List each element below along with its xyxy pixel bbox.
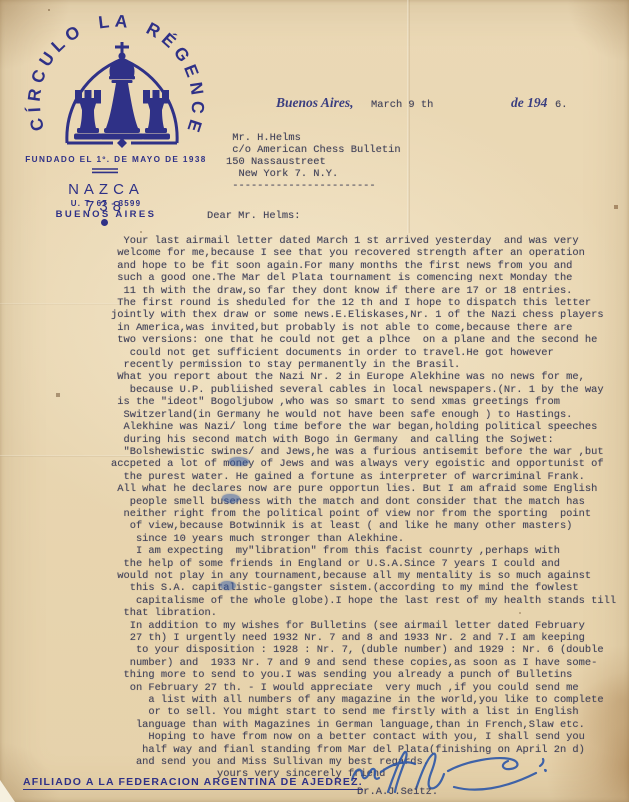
letter-line: such a good one.The Mar del Plata tourna… (111, 272, 616, 284)
letter-line: two versions: one that he could not get … (111, 334, 616, 346)
ink-correction-business (222, 494, 240, 503)
founded-underline (92, 169, 118, 172)
king-piece (100, 42, 144, 140)
paper-crease-horizontal-2 (0, 303, 120, 305)
letter-line: in America,was invited,but probably is n… (111, 322, 616, 334)
printed-city: Buenos Aires, (276, 95, 354, 111)
letter-line: The first round is sheduled for the 12 t… (111, 297, 616, 309)
letter-line: since 10 years much stronger than Alekhi… (111, 533, 616, 545)
paper-crease-vertical (407, 0, 410, 233)
letter-line: What you report about the Nazi Nr. 2 in … (111, 371, 616, 383)
letter-line: number) and 1933 Nr. 7 and 9 and send th… (111, 657, 616, 669)
ink-correction-capitalistic (220, 581, 236, 590)
chess-club-emblem: CÍRCULO LA RÉGENCE (10, 6, 225, 181)
letter-line: 11 th with the draw,so far they dont kno… (111, 285, 616, 297)
salutation: Dear Mr. Helms: (207, 210, 301, 222)
letter-line: on February 27 th. - I would appreciate … (111, 682, 616, 694)
letter-line: Hoping to have from now on a better cont… (111, 731, 616, 743)
typed-signature-name: Dr.A.J.Seitz. (357, 786, 438, 798)
letter-line: 27 th) I urgently need 1932 Nr. 7 and 8 … (111, 632, 616, 644)
letter-line: jointly with thex draw or some news.E.El… (111, 309, 616, 321)
letter-line: Switzerland(in Germany he would not have… (111, 409, 616, 421)
letter-line: welcome for me,because I see that you re… (111, 247, 616, 259)
letter-line: the purest water. He gained a fortune as… (111, 471, 616, 483)
letter-line: 150 Nassaustreet (226, 156, 401, 168)
letter-line: this S.A. capitalistic-gangster sistem.(… (111, 582, 616, 594)
paper-specks (0, 0, 2, 2)
letter-body: Your last airmail letter dated March 1 s… (111, 235, 616, 781)
paper-corner-chip (0, 780, 15, 802)
letter-line: c/o American Chess Bulletin (226, 144, 401, 156)
letter-line: Mr. H.Helms (226, 132, 401, 144)
letter-line: ----------------------- (226, 180, 401, 192)
letter-page: CÍRCULO LA RÉGENCE (0, 0, 629, 802)
letter-line: In addition to my wishes for Bulletins (… (111, 620, 616, 632)
letter-line: or to sell. You might start to send me f… (111, 706, 616, 718)
club-phone: U. T. 67 - 3599 (46, 199, 166, 208)
letter-line: Alekhine was Nazi/ long time before the … (111, 421, 616, 433)
letter-line: All what he declares now are pure opport… (111, 483, 616, 495)
letter-line: Your last airmail letter dated March 1 s… (111, 235, 616, 247)
letter-line: recently permission to stay permanently … (111, 359, 616, 371)
letter-line: "Bolshewistic swines/ and Jews,he was a … (111, 446, 616, 458)
letter-line: because U.P. publiished several cables i… (111, 384, 616, 396)
letter-line: is the "ideot" Bogoljubow ,who was so sm… (111, 396, 616, 408)
letter-line: accpeted a lot of money of Jews and was … (111, 458, 616, 470)
rook-piece-left (74, 90, 102, 140)
letter-line: would not play in any tournament,because… (111, 570, 616, 582)
rook-piece-right (142, 90, 170, 140)
letter-line: language than with Magazines in German l… (111, 719, 616, 731)
letter-line: a list with all numbers of any magazine … (111, 694, 616, 706)
letter-line: I am expecting my"libration" from this f… (111, 545, 616, 557)
printed-year-prefix: de 194 (511, 95, 547, 111)
typed-year-suffix: 6. (555, 99, 567, 111)
letterhead-dot (101, 219, 108, 226)
letterhead-footer: AFILIADO A LA FEDERACION ARGENTINA DE AJ… (23, 776, 363, 790)
recipient-address: Mr. H.Helms c/o American Chess Bulletin1… (226, 132, 401, 192)
letter-line: could not get sufficient documents in or… (111, 347, 616, 359)
letter-line: and hope to be fit soon again.For many m… (111, 260, 616, 272)
letter-line: capitalisme of the whole globe).I hope t… (111, 595, 616, 607)
letter-line: to your disposition : 1928 : Nr. 7, (dub… (111, 644, 616, 656)
letter-line: during his second match with Bogo in Ger… (111, 434, 616, 446)
letter-line: people smell buseness with the match and… (111, 496, 616, 508)
letter-line: thing more to send to you.I was sending … (111, 669, 616, 681)
letter-line: neither right from the political point o… (111, 508, 616, 520)
founded-line: FUNDADO EL 1º. DE MAYO DE 1938 (25, 155, 207, 164)
letter-line: New York 7. N.Y. (226, 168, 401, 180)
letter-line: the help of some friends in England or U… (111, 558, 616, 570)
letter-line: that libration. (111, 607, 616, 619)
typed-date: March 9 th (371, 99, 433, 111)
letter-line: of view,because Botwinnik is at least ( … (111, 520, 616, 532)
ink-correction-money (229, 457, 249, 466)
